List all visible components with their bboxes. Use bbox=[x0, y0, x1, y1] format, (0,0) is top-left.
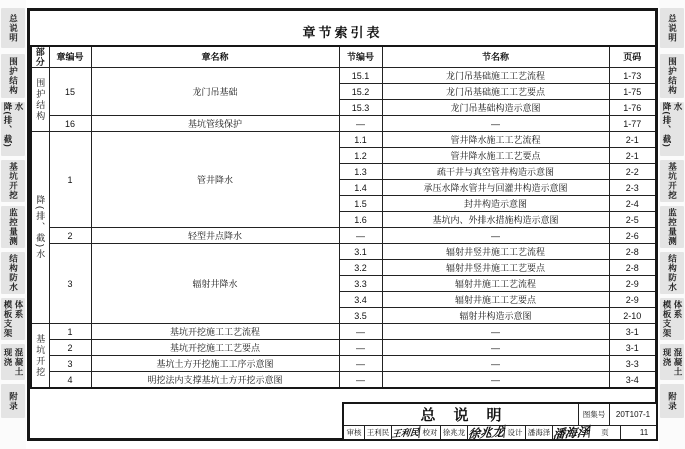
thumb-tab-0: 总说明 bbox=[1, 8, 25, 48]
page-no-cell: 1-77 bbox=[609, 116, 656, 132]
page-no-cell: 2-4 bbox=[609, 196, 656, 212]
section-no-cell: — bbox=[339, 116, 382, 132]
thumb-tab-2: 降(排、截)水 bbox=[1, 102, 25, 156]
section-name-cell: 辐射井施工工艺流程 bbox=[382, 276, 609, 292]
review-label: 审核 bbox=[344, 426, 365, 439]
thumb-tab-4: 监控量测 bbox=[660, 206, 684, 248]
thumb-tab-3: 基坑开挖 bbox=[660, 160, 684, 202]
title-block: 总说明 图集号 20T107-1 审核 王利民 王利民 校对 徐兆龙 徐兆龙 设… bbox=[342, 402, 656, 439]
page-no-cell: 3-4 bbox=[609, 372, 656, 389]
thumb-tab-7: 现浇 混凝土 bbox=[660, 344, 684, 380]
section-name-cell: — bbox=[382, 372, 609, 389]
chapter-no-cell: 2 bbox=[49, 340, 91, 356]
section-name-cell: 基坑内、外排水措施构造示意图 bbox=[382, 212, 609, 228]
header-part: 部分 bbox=[31, 46, 49, 68]
section-no-cell: 15.3 bbox=[339, 100, 382, 116]
section-no-cell: — bbox=[339, 372, 382, 389]
page-no-cell: 2-1 bbox=[609, 132, 656, 148]
section-no-cell: 1.1 bbox=[339, 132, 382, 148]
table-row: 3辐射井降水3.1辐射井竖井施工工艺流程2-8 bbox=[31, 244, 656, 260]
page-no-cell: 1-76 bbox=[609, 100, 656, 116]
thumb-tab-4: 监控量测 bbox=[1, 206, 25, 248]
section-name-cell: 龙门吊基础施工工艺要点 bbox=[382, 84, 609, 100]
part-cell: 降(排、截)水 bbox=[31, 132, 49, 324]
header-section-no: 节编号 bbox=[339, 46, 382, 68]
section-name-cell: 辐射井施工工艺要点 bbox=[382, 292, 609, 308]
page-no-cell: 2-10 bbox=[609, 308, 656, 324]
chapter-name-cell: 明挖法内支撑基坑土方开挖示意图 bbox=[91, 372, 339, 389]
section-name-cell: 龙门吊基础施工工艺流程 bbox=[382, 68, 609, 84]
section-name-cell: 管井降水施工工艺流程 bbox=[382, 132, 609, 148]
header-page-no: 页码 bbox=[609, 46, 656, 68]
review-signature: 王利民 bbox=[391, 425, 420, 440]
chapter-no-cell: 3 bbox=[49, 244, 91, 324]
thumb-tab-3: 基坑开挖 bbox=[1, 160, 25, 202]
page-no-cell: 2-3 bbox=[609, 180, 656, 196]
section-no-cell: 15.2 bbox=[339, 84, 382, 100]
left-thumb-tab-strip: 总说明围护结构降(排、截)水基坑开挖监控量测结构防水模板支架 体系现浇 混凝土附… bbox=[0, 0, 26, 449]
chapter-name-cell: 龙门吊基础 bbox=[91, 68, 339, 116]
thumb-tab-5: 结构防水 bbox=[660, 252, 684, 294]
thumb-tab-8: 附录 bbox=[1, 384, 25, 418]
chapter-name-cell: 基坑开挖施工工艺流程 bbox=[91, 324, 339, 340]
thumb-tab-2: 降(排、截)水 bbox=[660, 102, 684, 156]
check-label: 校对 bbox=[420, 426, 441, 439]
page-no-cell: 2-9 bbox=[609, 292, 656, 308]
right-thumb-tab-strip: 总说明围护结构降(排、截)水基坑开挖监控量测结构防水模板支架 体系现浇 混凝土附… bbox=[659, 0, 685, 449]
section-no-cell: 1.6 bbox=[339, 212, 382, 228]
check-name: 徐兆龙 bbox=[441, 426, 468, 439]
chapter-name-cell: 基坑土方开挖施工工序示意图 bbox=[91, 356, 339, 372]
table-row: 基坑开挖1基坑开挖施工工艺流程——3-1 bbox=[31, 324, 656, 340]
section-no-cell: 3.5 bbox=[339, 308, 382, 324]
table-row: 4明挖法内支撑基坑土方开挖示意图——3-4 bbox=[31, 372, 656, 389]
page-title: 章节索引表 bbox=[30, 22, 655, 41]
atlas-no-label: 图集号 bbox=[579, 404, 610, 425]
chapter-no-cell: 1 bbox=[49, 132, 91, 228]
design-name: 潘海泽 bbox=[526, 426, 553, 439]
thumb-tab-0: 总说明 bbox=[660, 8, 684, 48]
title-block-bottom-row: 审核 王利民 王利民 校对 徐兆龙 徐兆龙 设计 潘海泽 潘海泽 页 11 bbox=[344, 425, 656, 439]
section-name-cell: 承压水降水管井与回灌井构造示意图 bbox=[382, 180, 609, 196]
section-name-cell: — bbox=[382, 340, 609, 356]
design-signature: 潘海泽 bbox=[552, 425, 590, 441]
chapter-no-cell: 4 bbox=[49, 372, 91, 389]
page-no-cell: 1-75 bbox=[609, 84, 656, 100]
atlas-no-value: 20T107-1 bbox=[610, 404, 656, 425]
check-signature: 徐兆龙 bbox=[467, 425, 505, 441]
table-row: 2基坑开挖施工工艺要点——3-1 bbox=[31, 340, 656, 356]
section-name-cell: 龙门吊基础构造示意图 bbox=[382, 100, 609, 116]
page-no-cell: 3-1 bbox=[609, 340, 656, 356]
table-row: 3基坑土方开挖施工工序示意图——3-3 bbox=[31, 356, 656, 372]
chapter-name-cell: 基坑开挖施工工艺要点 bbox=[91, 340, 339, 356]
thumb-tab-6: 模板支架 体系 bbox=[1, 298, 25, 340]
page-no-cell: 2-9 bbox=[609, 276, 656, 292]
chapter-name-cell: 基坑管线保护 bbox=[91, 116, 339, 132]
section-name-cell: — bbox=[382, 356, 609, 372]
table-header-row: 部分 章编号 章名称 节编号 节名称 页码 bbox=[31, 46, 656, 68]
section-no-cell: 3.3 bbox=[339, 276, 382, 292]
section-no-cell: 1.2 bbox=[339, 148, 382, 164]
title-block-top-row: 总说明 图集号 20T107-1 bbox=[344, 404, 656, 425]
section-no-cell: — bbox=[339, 340, 382, 356]
section-no-cell: 1.3 bbox=[339, 164, 382, 180]
section-no-cell: — bbox=[339, 228, 382, 244]
section-no-cell: — bbox=[339, 356, 382, 372]
section-name-cell: — bbox=[382, 228, 609, 244]
section-no-cell: 3.4 bbox=[339, 292, 382, 308]
chapter-no-cell: 1 bbox=[49, 324, 91, 340]
chapter-name-cell: 轻型井点降水 bbox=[91, 228, 339, 244]
design-label: 设计 bbox=[505, 426, 526, 439]
table-row: 16基坑管线保护——1-77 bbox=[31, 116, 656, 132]
section-name-cell: 辐射井构造示意图 bbox=[382, 308, 609, 324]
thumb-tab-5: 结构防水 bbox=[1, 252, 25, 294]
header-section-name: 节名称 bbox=[382, 46, 609, 68]
table-row: 降(排、截)水1管井降水1.1管井降水施工工艺流程2-1 bbox=[31, 132, 656, 148]
table-row: 围护结构15龙门吊基础15.1龙门吊基础施工工艺流程1-73 bbox=[31, 68, 656, 84]
page-no-cell: 1-73 bbox=[609, 68, 656, 84]
section-no-cell: 15.1 bbox=[339, 68, 382, 84]
review-name: 王利民 bbox=[365, 426, 392, 439]
section-no-cell: 1.5 bbox=[339, 196, 382, 212]
page-no-cell: 2-5 bbox=[609, 212, 656, 228]
chapter-name-cell: 辐射井降水 bbox=[91, 244, 339, 324]
chapter-name-cell: 管井降水 bbox=[91, 132, 339, 228]
chapter-no-cell: 3 bbox=[49, 356, 91, 372]
page-no-cell: 2-2 bbox=[609, 164, 656, 180]
page-no-value: 11 bbox=[621, 426, 667, 439]
chapter-no-cell: 16 bbox=[49, 116, 91, 132]
thumb-tab-8: 附录 bbox=[660, 384, 684, 418]
scanned-document-page: 总说明围护结构降(排、截)水基坑开挖监控量测结构防水模板支架 体系现浇 混凝土附… bbox=[0, 0, 685, 449]
section-name-cell: — bbox=[382, 116, 609, 132]
thumb-tab-7: 现浇 混凝土 bbox=[1, 344, 25, 380]
chapter-no-cell: 15 bbox=[49, 68, 91, 116]
section-no-cell: 3.2 bbox=[339, 260, 382, 276]
page-no-cell: 2-1 bbox=[609, 148, 656, 164]
thumb-tab-6: 模板支架 体系 bbox=[660, 298, 684, 340]
section-no-cell: — bbox=[339, 324, 382, 340]
table-row: 2轻型井点降水——2-6 bbox=[31, 228, 656, 244]
part-cell: 围护结构 bbox=[31, 68, 49, 132]
section-name-cell: 管井降水施工工艺要点 bbox=[382, 148, 609, 164]
chapter-index-table: 部分 章编号 章名称 节编号 节名称 页码 围护结构15龙门吊基础15.1龙门吊… bbox=[30, 45, 657, 389]
section-no-cell: 3.1 bbox=[339, 244, 382, 260]
page-no-cell: 3-1 bbox=[609, 324, 656, 340]
section-name-cell: 辐射井竖井施工工艺要点 bbox=[382, 260, 609, 276]
chapter-no-cell: 2 bbox=[49, 228, 91, 244]
sheet-title: 总说明 bbox=[344, 404, 579, 425]
page-no-cell: 2-6 bbox=[609, 228, 656, 244]
section-name-cell: — bbox=[382, 324, 609, 340]
header-chapter-no: 章编号 bbox=[49, 46, 91, 68]
page-label: 页 bbox=[590, 426, 621, 439]
page-no-cell: 2-8 bbox=[609, 244, 656, 260]
thumb-tab-1: 围护结构 bbox=[1, 54, 25, 98]
thumb-tab-1: 围护结构 bbox=[660, 54, 684, 98]
section-name-cell: 辐射井竖井施工工艺流程 bbox=[382, 244, 609, 260]
header-chapter-name: 章名称 bbox=[91, 46, 339, 68]
part-cell: 基坑开挖 bbox=[31, 324, 49, 389]
section-name-cell: 封井构造示意图 bbox=[382, 196, 609, 212]
page-no-cell: 3-3 bbox=[609, 356, 656, 372]
section-name-cell: 疏干井与真空管井构造示意图 bbox=[382, 164, 609, 180]
section-no-cell: 1.4 bbox=[339, 180, 382, 196]
page-no-cell: 2-8 bbox=[609, 260, 656, 276]
drawing-frame: 章节索引表 部分 章编号 章名称 节编号 节名称 页码 围护结构15龙门吊基础1… bbox=[27, 8, 658, 441]
